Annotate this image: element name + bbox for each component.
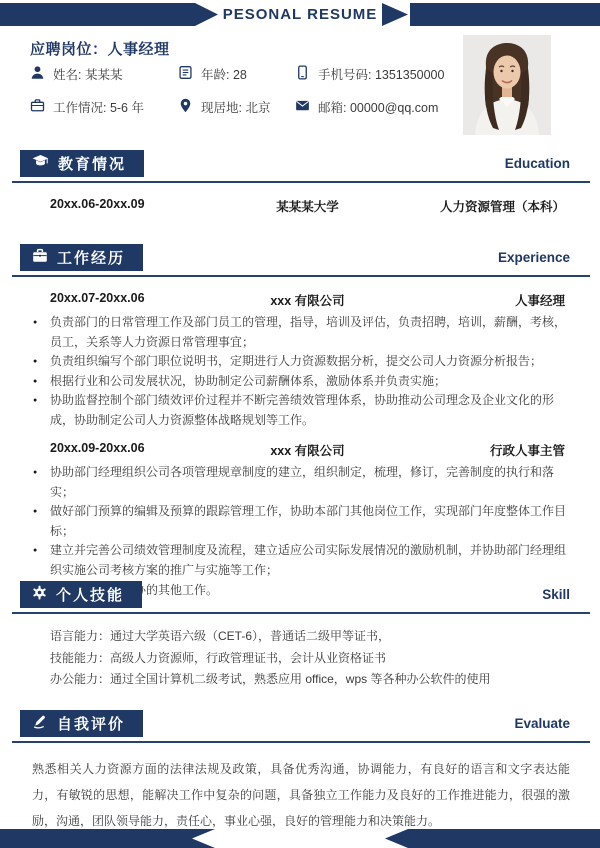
experience-header: 工作经历 Experience — [0, 244, 600, 271]
resume-page: PESONAL RESUME 应聘岗位：人事经理 姓名: 某某某 年龄: 28 … — [0, 0, 600, 848]
profile-field-name: 姓名: 某某某 — [30, 64, 178, 83]
experience-title-cn: 工作经历 — [57, 247, 125, 268]
education-major: 人力资源管理（本科） — [409, 197, 565, 215]
job-bullet: 建立并完善公司绩效管理制度及流程，建立适应公司实际发展情况的激励机制，并协助部门… — [32, 541, 572, 580]
profile-field-phone: 手机号码: 1351350000 — [295, 64, 460, 83]
skill-header: 个人技能 Skill — [0, 581, 600, 608]
skill-divider — [12, 612, 590, 614]
location-pin-icon — [178, 98, 193, 116]
experience-divider — [12, 275, 590, 277]
profile-info-grid: 姓名: 某某某 年龄: 28 手机号码: 1351350000 工作情况: 5-… — [30, 64, 460, 116]
graduation-cap-icon — [32, 154, 49, 173]
evaluate-header: 自我评价 Evaluate — [0, 710, 600, 737]
education-school: 某某某大学 — [206, 197, 409, 215]
skill-title-cn: 个人技能 — [56, 584, 124, 605]
id-card-icon — [178, 65, 193, 83]
profile-field-text: 年龄: 28 — [201, 65, 247, 83]
evaluate-title-en: Evaluate — [514, 716, 570, 731]
profile-field-age: 年龄: 28 — [178, 64, 295, 83]
evaluate-badge: 自我评价 — [20, 710, 143, 737]
job-role: 人事经理 — [409, 291, 565, 309]
job-date: 20xx.09-20xx.06 — [50, 441, 206, 459]
job-bullet: 负责部门的日常管理工作及部门员工的管理，指导，培训及评估，负责招聘，培训，薪酬，… — [32, 313, 572, 352]
job-bullet-list: 负责部门的日常管理工作及部门员工的管理，指导，培训及评估，负责招聘，培训，薪酬，… — [32, 313, 572, 430]
profile-field-city: 现居地: 北京 — [178, 97, 295, 116]
footer-right-bar — [385, 829, 600, 848]
skill-line: 语言能力：通过大学英语六级（CET-6），普通话二级甲等证书， — [50, 626, 570, 648]
job-bullet: 负责组织编写个部门职位说明书，定期进行人力资源数据分析，提交公司人力资源分析报告… — [32, 352, 572, 372]
section-experience: 工作经历 Experience 20xx.07-20xx.06 xxx 有限公司… — [0, 244, 600, 600]
banner-right-bar — [410, 3, 600, 26]
job-bullet: 协助部门经理组织公司各项管理规章制度的建立，组织制定，梳理，修订，完善制度的执行… — [32, 463, 572, 502]
evaluate-divider — [12, 741, 590, 743]
briefcase-icon — [30, 98, 45, 116]
profile-field-text: 邮箱: 00000@qq.com — [318, 98, 438, 116]
applied-position-title: 应聘岗位：人事经理 — [30, 38, 170, 59]
education-badge: 教育情况 — [20, 150, 144, 177]
evaluate-paragraph: 熟悉相关人力资源方面的法律法规及政策，具备优秀沟通，协调能力，有良好的语言和文字… — [32, 756, 570, 834]
portrait-illustration — [463, 35, 551, 135]
education-entry-row: 20xx.06-20xx.09 某某某大学 人力资源管理（本科） — [50, 197, 565, 215]
profile-field-text: 工作情况: 5-6 年 — [53, 98, 144, 116]
education-header: 教育情况 Education — [0, 150, 600, 177]
education-divider — [12, 181, 590, 183]
section-education: 教育情况 Education 20xx.06-20xx.09 某某某大学 人力资… — [0, 150, 600, 215]
experience-title-en: Experience — [498, 250, 570, 265]
briefcase-icon — [32, 248, 48, 267]
education-date: 20xx.06-20xx.09 — [50, 197, 206, 215]
section-skill: 个人技能 Skill 语言能力：通过大学英语六级（CET-6），普通话二级甲等证… — [0, 581, 600, 691]
profile-field-email: 邮箱: 00000@qq.com — [295, 97, 460, 116]
skill-title-en: Skill — [542, 587, 570, 602]
envelope-icon — [295, 98, 310, 116]
phone-icon — [295, 65, 310, 83]
gear-icon — [32, 585, 47, 604]
user-icon — [30, 65, 45, 83]
job-bullet: 根据行业和公司发展状况，协助制定公司薪酬体系，激励体系并负责实施； — [32, 372, 572, 392]
education-title-en: Education — [505, 156, 570, 171]
job-header-row: 20xx.07-20xx.06 xxx 有限公司 人事经理 — [50, 291, 565, 309]
skill-badge: 个人技能 — [20, 581, 142, 608]
job-company: xxx 有限公司 — [206, 441, 409, 459]
section-evaluate: 自我评价 Evaluate 熟悉相关人力资源方面的法律法规及政策，具备优秀沟通，… — [0, 710, 600, 834]
experience-badge: 工作经历 — [20, 244, 143, 271]
job-bullet: 协助监督控制个部门绩效评价过程并不断完善绩效管理体系，协助推动公司理念及企业文化… — [32, 391, 572, 430]
skill-line: 技能能力：高级人力资源师，行政管理证书，会计从业资格证书 — [50, 648, 570, 670]
job-header-row: 20xx.09-20xx.06 xxx 有限公司 行政人事主管 — [50, 441, 565, 459]
profile-field-experience-years: 工作情况: 5-6 年 — [30, 97, 178, 116]
job-bullet-list: 协助部门经理组织公司各项管理规章制度的建立，组织制定，梳理，修订，完善制度的执行… — [32, 463, 572, 600]
footer-left-bar — [0, 829, 215, 848]
job-company: xxx 有限公司 — [206, 291, 409, 309]
skill-line: 办公能力：通过全国计算机二级考试，熟悉应用 office，wps 等各种办公软件… — [50, 669, 570, 691]
profile-field-text: 现居地: 北京 — [201, 98, 270, 116]
skill-lines: 语言能力：通过大学英语六级（CET-6），普通话二级甲等证书， 技能能力：高级人… — [50, 626, 570, 691]
job-bullet: 做好部门预算的编辑及预算的跟踪管理工作，协助本部门其他岗位工作，实现部门年度整体… — [32, 502, 572, 541]
writing-hand-icon — [32, 714, 48, 733]
applicant-photo — [463, 35, 551, 135]
education-title-cn: 教育情况 — [58, 153, 126, 174]
evaluate-title-cn: 自我评价 — [57, 713, 125, 734]
profile-field-text: 姓名: 某某某 — [53, 65, 122, 83]
profile-field-text: 手机号码: 1351350000 — [318, 65, 444, 83]
job-date: 20xx.07-20xx.06 — [50, 291, 206, 309]
job-role: 行政人事主管 — [409, 441, 565, 459]
